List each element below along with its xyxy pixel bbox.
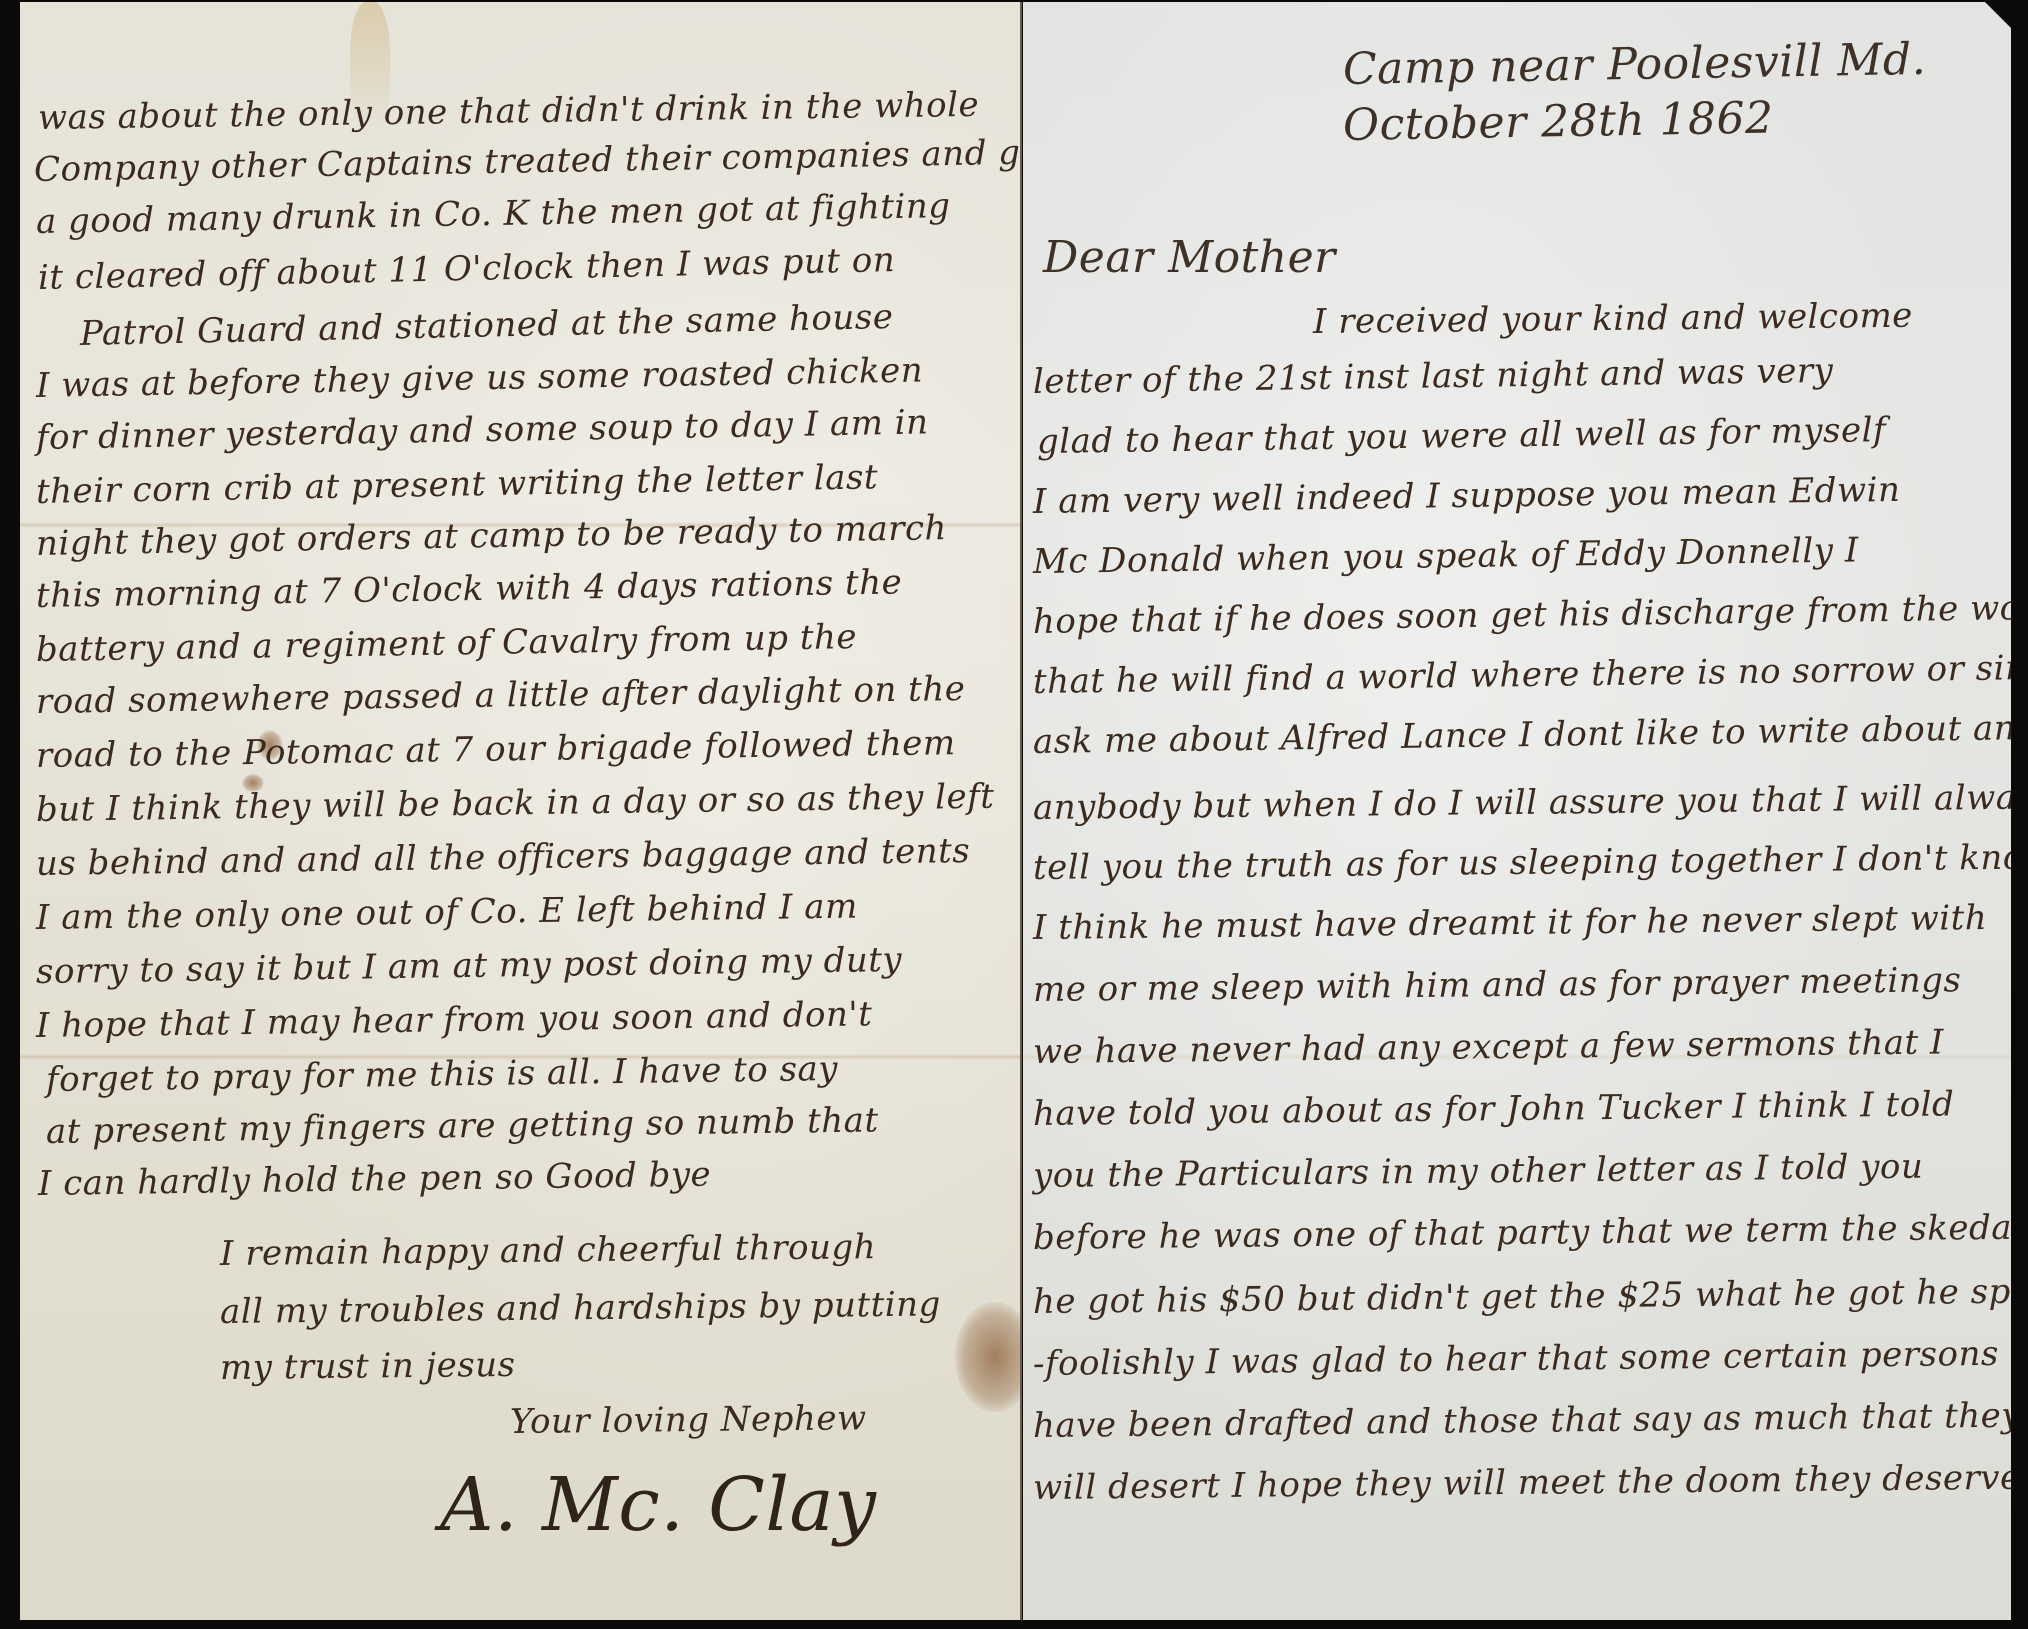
letter-line: I think he must have dreamt it for he ne… (1033, 898, 1988, 948)
ink-stain (955, 1302, 1022, 1412)
letter-line: have been drafted and those that say as … (1033, 1396, 2011, 1446)
letter-line: their corn crib at present writing the l… (36, 457, 879, 512)
letter-line: -foolishly I was glad to hear that some … (1033, 1334, 1999, 1384)
letter-line: have told you about as for John Tucker I… (1033, 1084, 1955, 1134)
letter-line: anybody but when I do I will assure you … (1033, 777, 2011, 828)
letter-line: us behind and and all the officers bagga… (36, 831, 971, 884)
letter-scan: was about the only one that didn't drink… (0, 0, 2028, 1629)
letter-line: this morning at 7 O'clock with 4 days ra… (36, 562, 903, 616)
letter-line: but I think they will be back in a day o… (36, 777, 995, 830)
letter-line: Patrol Guard and stationed at the same h… (80, 297, 894, 354)
letter-line: sorry to say it but I am at my post doin… (36, 940, 903, 992)
signature: A. Mc. Clay (440, 1462, 876, 1548)
letter-line: it cleared off about 11 O'clock then I w… (38, 240, 896, 298)
letter-line: a good many drunk in Co. K the men got a… (36, 186, 951, 242)
letter-line: me or me sleep with him and as for praye… (1033, 960, 1962, 1010)
valediction: Your loving Nephew (510, 1398, 867, 1442)
letter-line: before he was one of that party that we … (1033, 1207, 2011, 1258)
letter-date: October 28th 1862 (1343, 92, 1774, 151)
letter-line: Mc Donald when you speak of Eddy Donnell… (1033, 530, 1859, 582)
letter-line: I can hardly hold the pen so Good bye (38, 1155, 712, 1204)
letter-line: I received your kind and welcome (1313, 296, 1913, 342)
letter-line: Company other Captains treated their com… (34, 132, 1022, 190)
letter-line: he got his $50 but didn't get the $25 wh… (1033, 1271, 2011, 1322)
letter-place: Camp near Poolesvill Md. (1343, 34, 1927, 95)
letter-line: road to the Potomac at 7 our brigade fol… (36, 723, 956, 776)
closing-line: my trust in jesus (220, 1345, 516, 1388)
letter-line: at present my fingers are getting so num… (46, 1100, 879, 1152)
letter-line: night they got orders at camp to be read… (36, 508, 948, 564)
closing-line: I remain happy and cheerful through (220, 1227, 876, 1274)
letter-line: letter of the 21st inst last night and w… (1033, 351, 1834, 402)
letter-line: we have never had any except a few sermo… (1033, 1022, 1944, 1072)
right-page: Camp near Poolesvill Md. October 28th 18… (1023, 2, 2011, 1620)
folded-corner (1985, 2, 2011, 28)
letter-line: tell you the truth as for us sleeping to… (1033, 837, 2011, 888)
letter-line: I am very well indeed I suppose you mean… (1033, 470, 1901, 522)
letter-line: will desert I hope they will meet the do… (1033, 1458, 2011, 1508)
salutation: Dear Mother (1043, 232, 1336, 283)
letter-line: road somewhere passed a little after day… (36, 669, 966, 722)
letter-line: hope that if he does soon get his discha… (1033, 588, 2011, 642)
letter-line: battery and a regiment of Cavalry from u… (36, 617, 858, 670)
letter-line: that he will find a world where there is… (1033, 647, 2011, 702)
letter-line: you the Particulars in my other letter a… (1033, 1147, 1924, 1196)
letter-line: I was at before they give us some roaste… (36, 351, 924, 406)
letter-line: I am the only one out of Co. E left behi… (36, 887, 858, 938)
letter-line: glad to hear that you were all well as f… (1037, 410, 1887, 462)
letter-line: I hope that I may hear from you soon and… (36, 994, 873, 1046)
letter-line: was about the only one that didn't drink… (38, 85, 980, 138)
left-page: was about the only one that didn't drink… (20, 2, 1022, 1620)
closing-line: all my troubles and hardships by putting (220, 1284, 941, 1332)
letter-line: ask me about Alfred Lance I dont like to… (1033, 708, 2011, 762)
letter-line: for dinner yesterday and some soup to da… (36, 402, 929, 458)
